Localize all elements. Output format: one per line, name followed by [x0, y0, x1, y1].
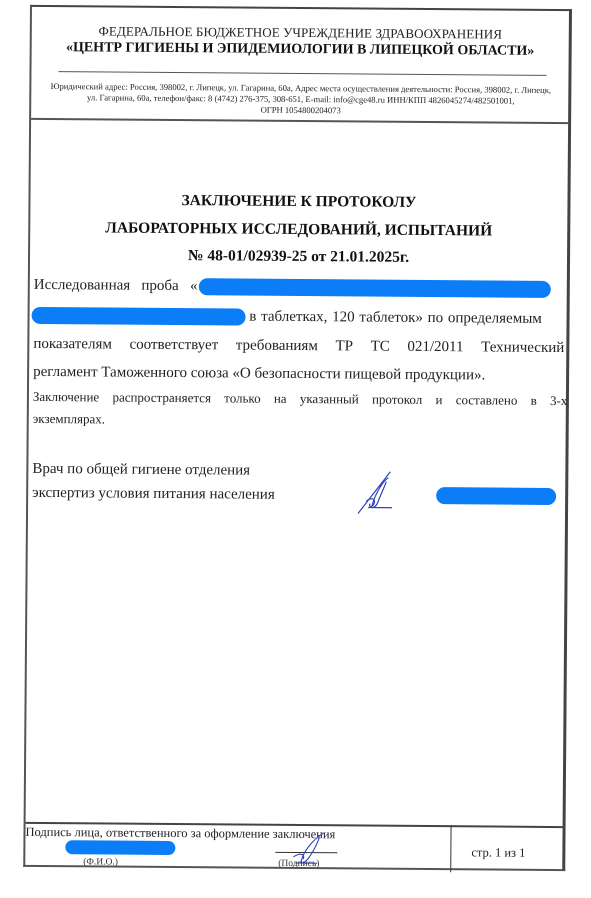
header-divider [58, 71, 546, 76]
redacted-sample-name [198, 278, 550, 298]
org-address: Юридический адрес: Россия, 398002, г. Ли… [35, 81, 566, 118]
sample-prefix: Исследованная проба « [34, 277, 198, 294]
page-number: стр. 1 из 1 [471, 845, 525, 860]
doc-title-line1: ЗАКЛЮЧЕНИЕ К ПРОТОКОЛУ [30, 191, 567, 213]
doc-title-line2: ЛАБОРАТОРНЫХ ИССЛЕДОВАНИЙ, ИСПЫТАНИЙ [30, 219, 567, 241]
redacted-responsible-name [65, 840, 175, 855]
signature-icon [350, 467, 410, 517]
footer-column-divider [450, 825, 451, 872]
sample-suffix: в таблетках, 120 таблеток» по определяем… [249, 309, 542, 327]
org-name-line2: «ЦЕНТР ГИГИЕНЫ И ЭПИДЕМИОЛОГИИ В ЛИПЕЦКО… [32, 40, 569, 60]
conclusion-line-4: регламент Таможенного союза «О безопасно… [33, 364, 564, 385]
address-divider [31, 118, 568, 124]
doc-title-number: № 48-01/02939-25 от 21.01.2025г. [30, 246, 567, 268]
fio-label: (Ф.И.О.) [83, 857, 118, 867]
signatory-position-line1: Врач по общей гигиене отделения [32, 461, 563, 482]
scope-line-2: экземплярах. [33, 411, 564, 431]
document-frame: ФЕДЕРАЛЬНОЕ БЮДЖЕТНОЕ УЧРЕЖДЕНИЕ ЗДРАВОО… [23, 5, 572, 871]
signature-caption: (Подпись) [278, 859, 319, 869]
scope-line-1: Заключение распространяется только на ук… [33, 389, 564, 409]
conclusion-line-3: показателям соответствует требованиям ТР… [33, 336, 564, 357]
sample-line-2: в таблетках, 120 таблеток» по определяем… [34, 307, 565, 328]
redacted-signatory-name [436, 487, 556, 505]
redacted-sample-name-cont [32, 307, 246, 326]
sample-line-1: Исследованная проба « [34, 277, 565, 298]
